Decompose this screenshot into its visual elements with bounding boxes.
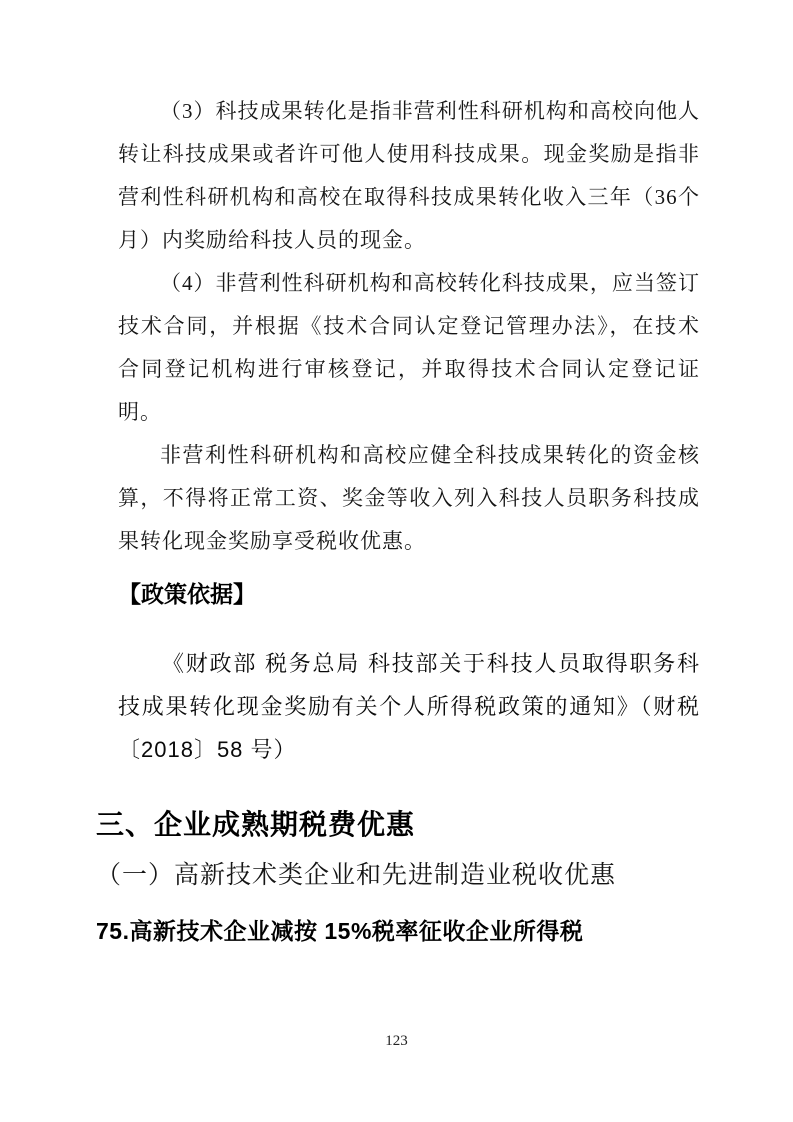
document-page: （3）科技成果转化是指非营利性科研机构和高校向他人转让科技成果或者许可他人使用科…	[0, 0, 793, 1122]
chapter-heading: 三、企业成熟期税费优惠	[96, 805, 700, 845]
document-content: （3）科技成果转化是指非营利性科研机构和高校向他人转让科技成果或者许可他人使用科…	[96, 90, 700, 949]
policy-reference-text: 《财政部 税务总局 科技部关于科技人员取得职务科技成果转化现金奖励有关个人所得税…	[118, 642, 700, 771]
page-number: 123	[385, 1033, 408, 1049]
subsection-heading: （一）高新技术类企业和先进制造业税收优惠	[96, 855, 700, 897]
paragraph-item-4: （4）非营利性科研机构和高校转化科技成果，应当签订技术合同，并根据《技术合同认定…	[118, 262, 700, 434]
paragraph-funding-accounting: 非营利性科研机构和高校应健全科技成果转化的资金核算，不得将正常工资、奖金等收入列…	[118, 434, 700, 563]
policy-basis-heading: 【政策依据】	[118, 573, 700, 616]
paragraph-item-3: （3）科技成果转化是指非营利性科研机构和高校向他人转让科技成果或者许可他人使用科…	[118, 90, 700, 262]
item-heading: 75.高新技术企业减按 15%税率征收企业所得税	[96, 913, 700, 949]
page-footer: 123	[0, 1032, 793, 1050]
